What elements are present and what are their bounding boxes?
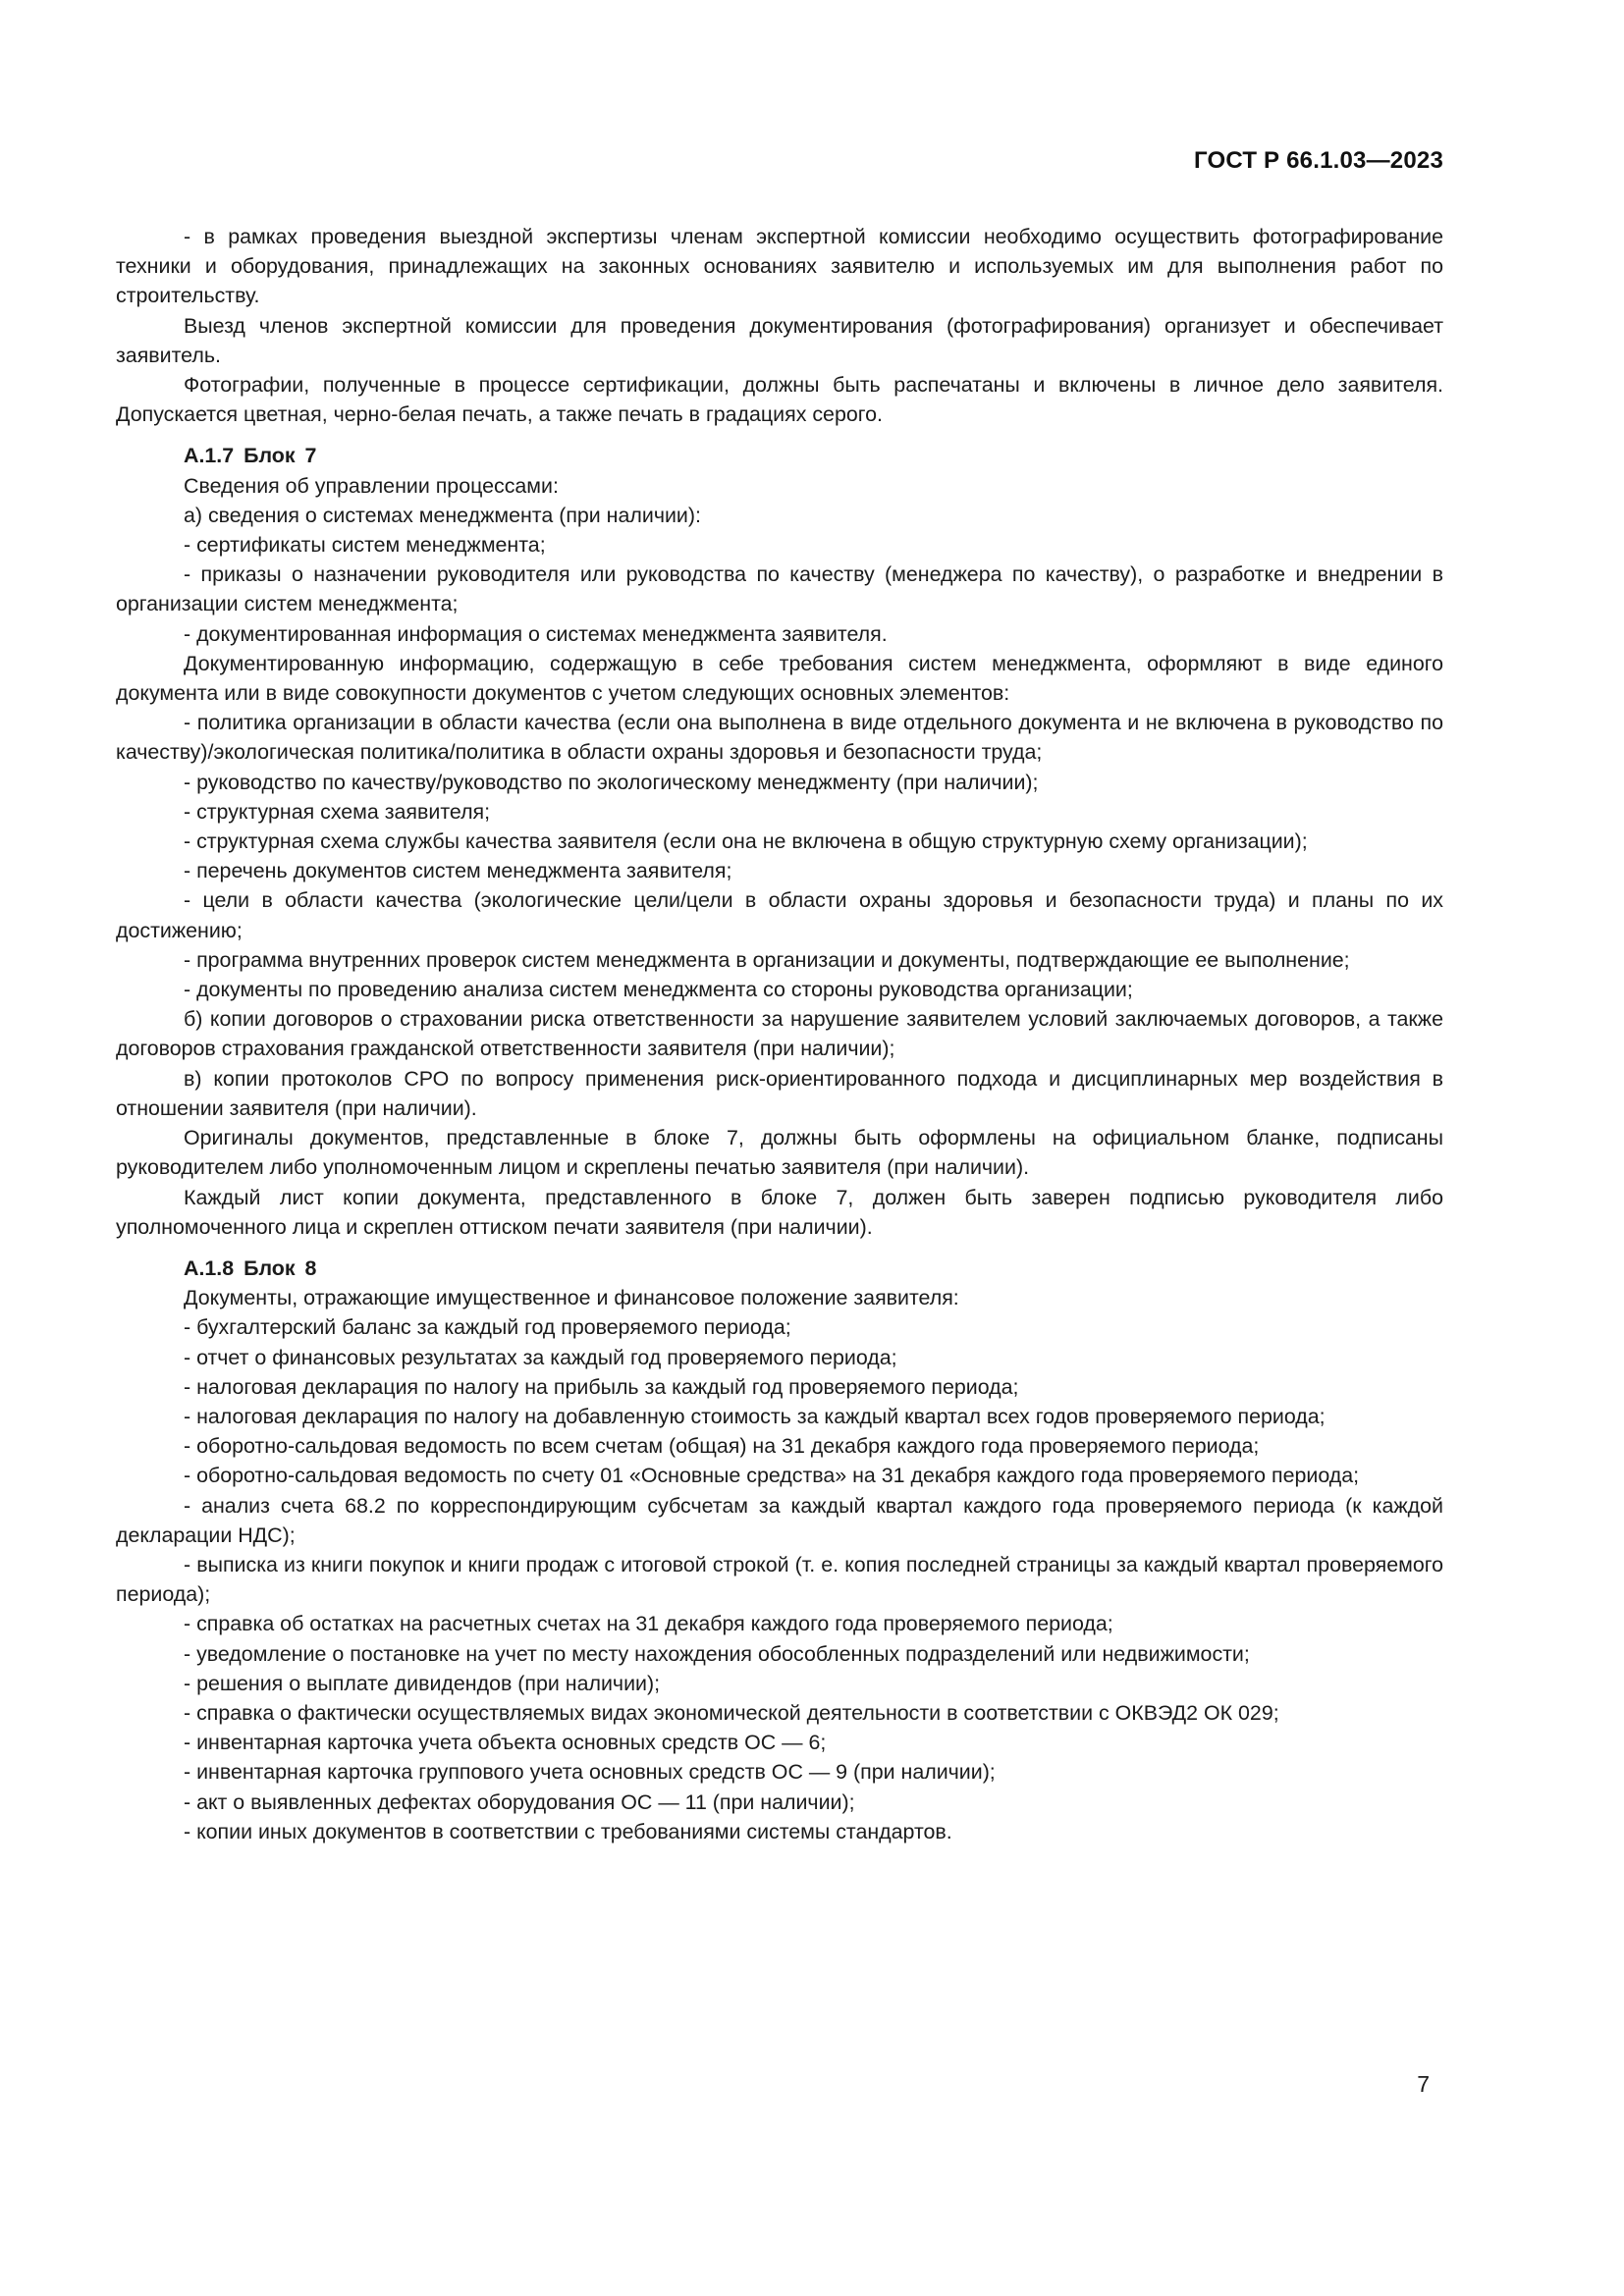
paragraph: Фотографии, полученные в процессе сертиф… <box>116 370 1443 429</box>
list-item: - анализ счета 68.2 по корреспондирующим… <box>116 1491 1443 1550</box>
paragraph: Оригиналы документов, представленные в б… <box>116 1123 1443 1182</box>
list-item: - акт о выявленных дефектах оборудования… <box>116 1788 1443 1817</box>
list-item: - структурная схема службы качества заяв… <box>116 827 1443 856</box>
paragraph: Документированную информацию, содержащую… <box>116 649 1443 708</box>
paragraph: Сведения об управлении процессами: <box>116 471 1443 501</box>
page-number: 7 <box>1417 2071 1430 2098</box>
list-item: - программа внутренних проверок систем м… <box>116 945 1443 975</box>
list-item: - структурная схема заявителя; <box>116 797 1443 827</box>
list-item: - справка об остатках на расчетных счета… <box>116 1609 1443 1638</box>
page-content: - в рамках проведения выездной экспертиз… <box>116 222 1443 1846</box>
list-item: - инвентарная карточка учета объекта осн… <box>116 1728 1443 1757</box>
list-item: - сертификаты систем менеджмента; <box>116 530 1443 560</box>
section-heading-block-8: А.1.8 Блок 8 <box>116 1254 1443 1283</box>
intro-section: - в рамках проведения выездной экспертиз… <box>116 222 1443 429</box>
list-item: - бухгалтерский баланс за каждый год про… <box>116 1312 1443 1342</box>
list-item: - документы по проведению анализа систем… <box>116 975 1443 1004</box>
list-item: - оборотно-сальдовая ведомость по счету … <box>116 1461 1443 1490</box>
list-item: - оборотно-сальдовая ведомость по всем с… <box>116 1431 1443 1461</box>
list-item: - копии иных документов в соответствии с… <box>116 1817 1443 1846</box>
list-item: а) сведения о системах менеджмента (при … <box>116 501 1443 530</box>
list-item: - выписка из книги покупок и книги прода… <box>116 1550 1443 1609</box>
list-item: - налоговая декларация по налогу на приб… <box>116 1372 1443 1402</box>
block-8-section: А.1.8 Блок 8 Документы, отражающие имуще… <box>116 1254 1443 1846</box>
block-7-section: А.1.7 Блок 7 Сведения об управлении проц… <box>116 441 1443 1241</box>
list-item: - политика организации в области качеств… <box>116 708 1443 767</box>
document-page: ГОСТ Р 66.1.03—2023 - в рамках проведени… <box>0 0 1624 2296</box>
list-item: в) копии протоколов СРО по вопросу приме… <box>116 1064 1443 1123</box>
list-item: - документированная информация о система… <box>116 619 1443 649</box>
paragraph: - в рамках проведения выездной экспертиз… <box>116 222 1443 311</box>
list-item: - уведомление о постановке на учет по ме… <box>116 1639 1443 1669</box>
list-item: - налоговая декларация по налогу на доба… <box>116 1402 1443 1431</box>
list-item: - справка о фактически осуществляемых ви… <box>116 1698 1443 1728</box>
document-designation: ГОСТ Р 66.1.03—2023 <box>1194 147 1443 175</box>
paragraph: Документы, отражающие имущественное и фи… <box>116 1283 1443 1312</box>
list-item: - отчет о финансовых результатах за кажд… <box>116 1343 1443 1372</box>
list-item: - цели в области качества (экологические… <box>116 885 1443 944</box>
list-item: - руководство по качеству/руководство по… <box>116 768 1443 797</box>
list-item: - перечень документов систем менеджмента… <box>116 856 1443 885</box>
paragraph: Каждый лист копии документа, представлен… <box>116 1183 1443 1242</box>
section-heading-block-7: А.1.7 Блок 7 <box>116 441 1443 470</box>
list-item: - приказы о назначении руководителя или … <box>116 560 1443 618</box>
list-item: б) копии договоров о страховании риска о… <box>116 1004 1443 1063</box>
list-item: - инвентарная карточка группового учета … <box>116 1757 1443 1787</box>
paragraph: Выезд членов экспертной комиссии для про… <box>116 311 1443 370</box>
list-item: - решения о выплате дивидендов (при нали… <box>116 1669 1443 1698</box>
